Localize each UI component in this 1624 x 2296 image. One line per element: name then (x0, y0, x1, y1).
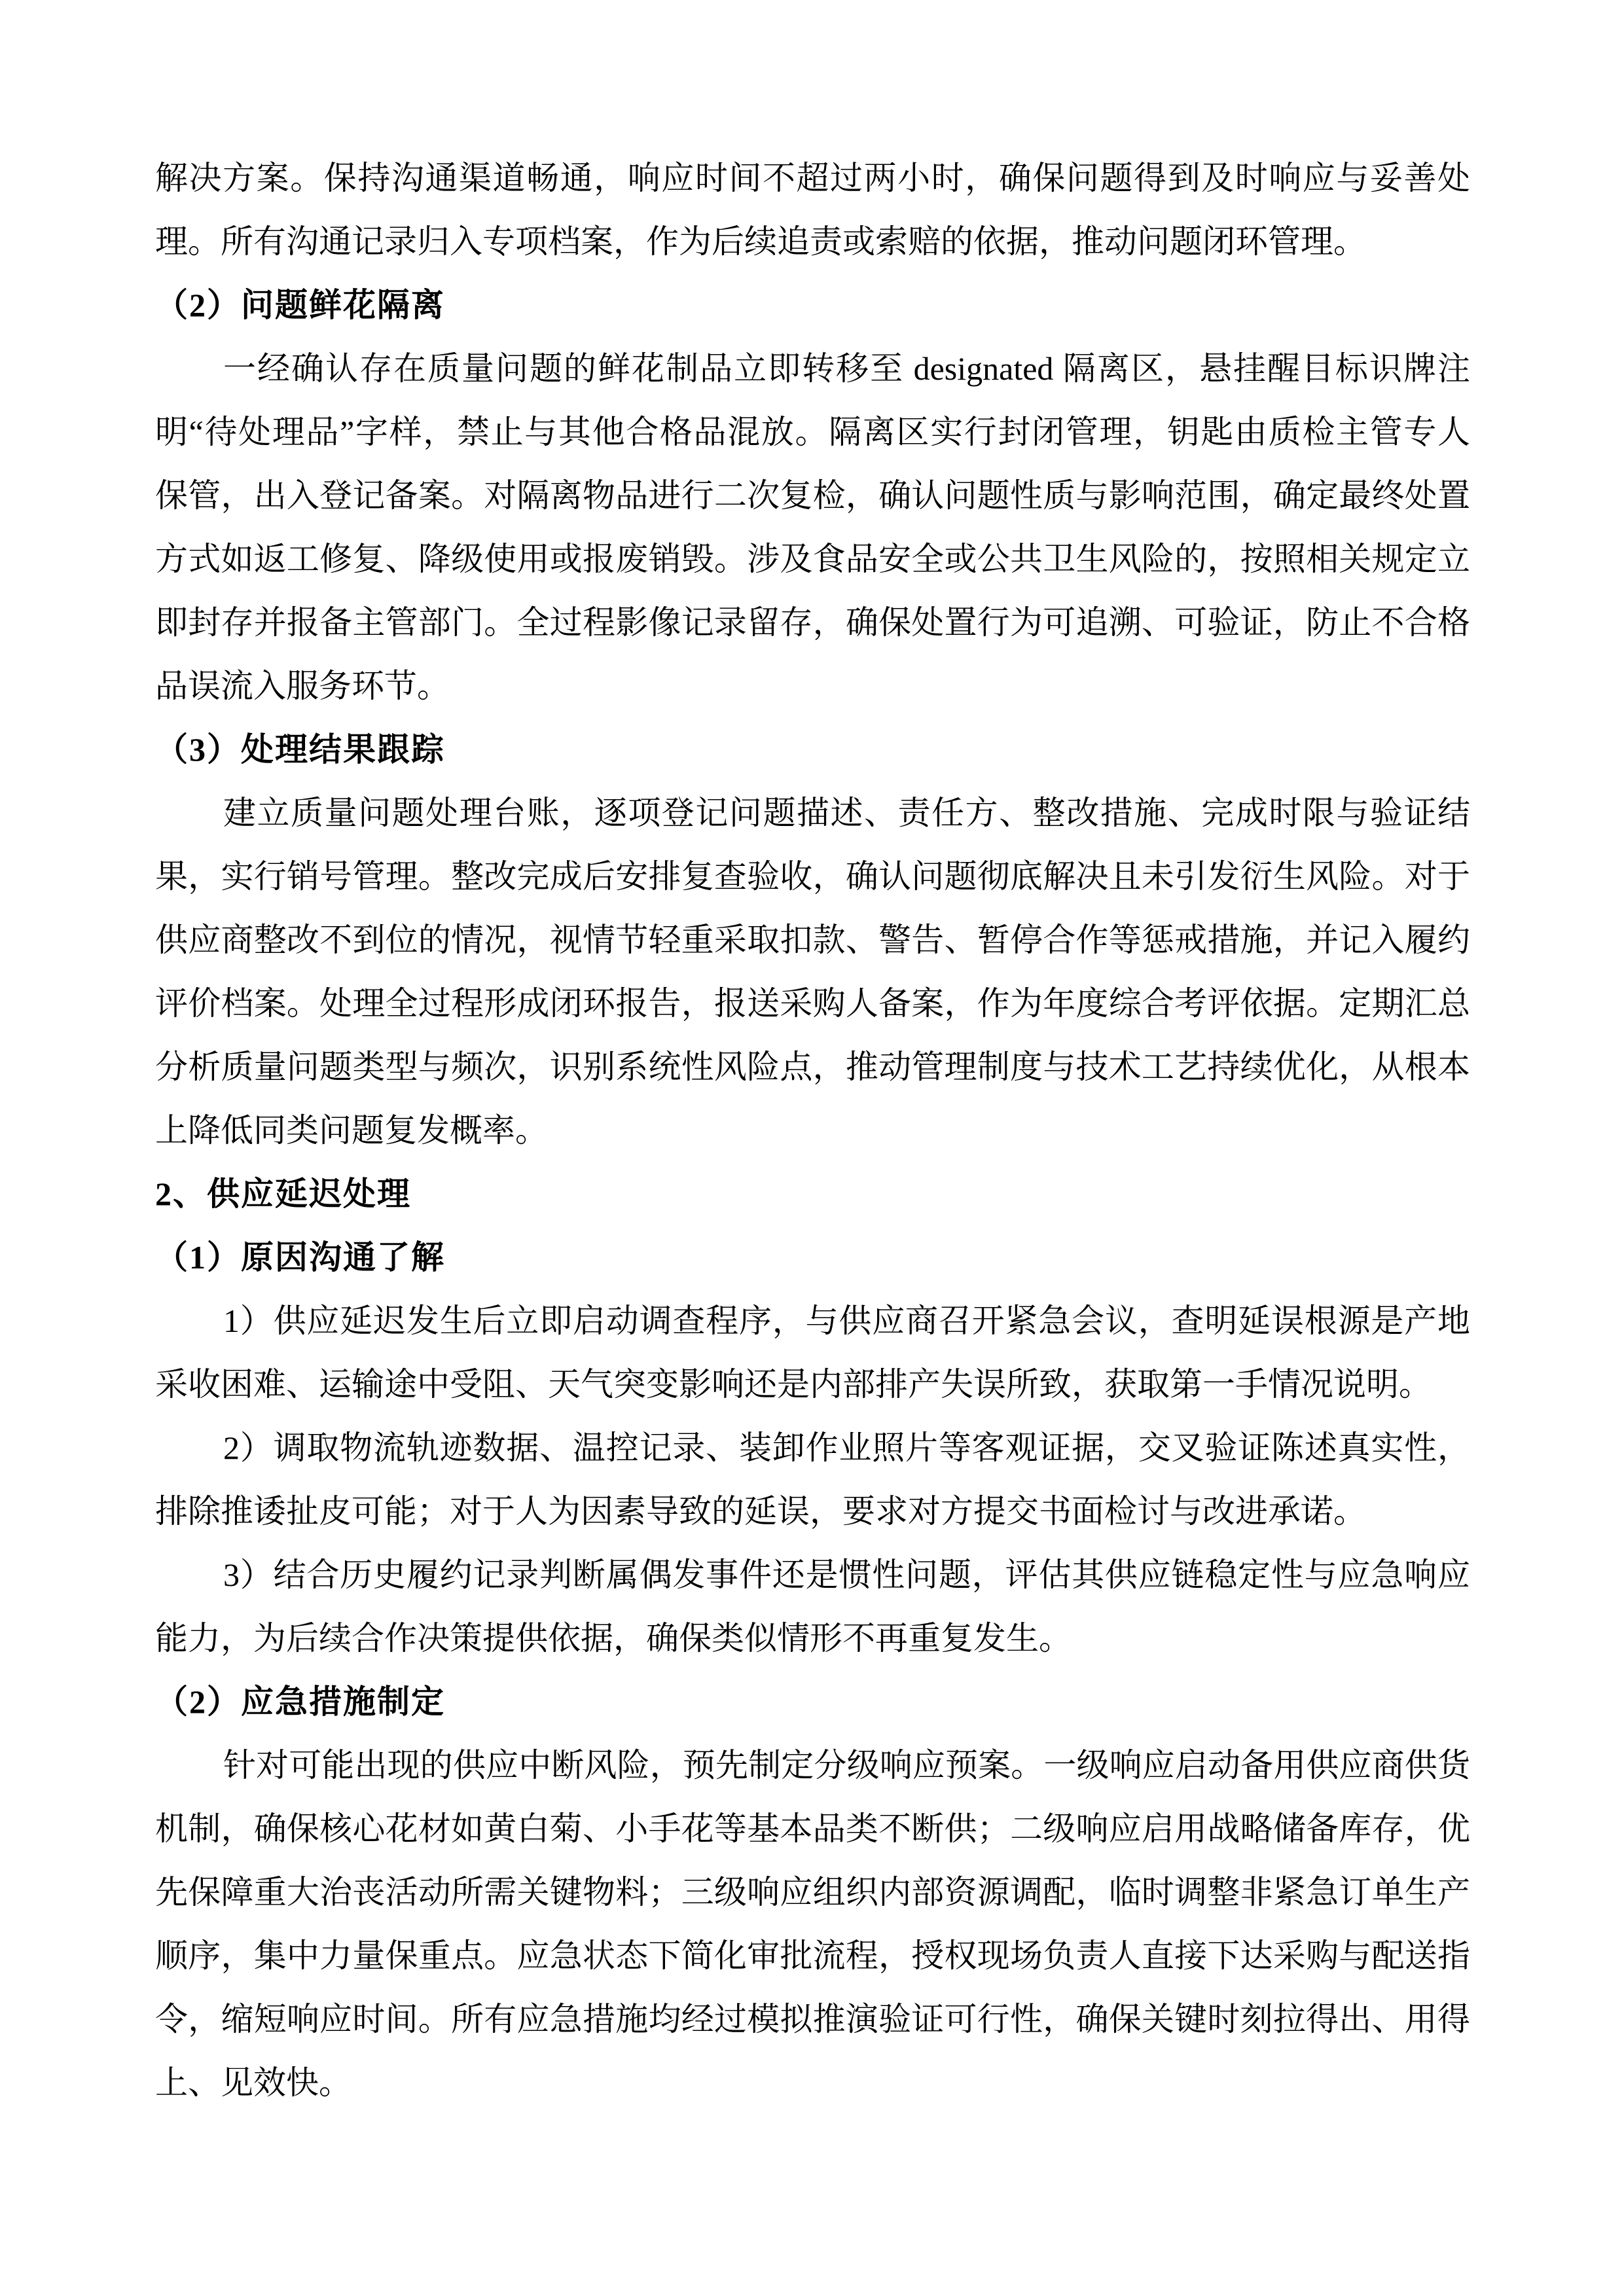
text-line: 令，缩短响应时间。所有应急措施均经过模拟推演验证可行性，确保关键时刻拉得出、用得 (155, 1988, 1470, 2051)
text-line: 上降低同类问题复发概率。 (155, 1099, 1470, 1162)
text-line: 明“待处理品”字样，禁止与其他合格品混放。隔离区实行封闭管理，钥匙由质检主管专人 (155, 401, 1470, 464)
text-line: 能力，为后续合作决策提供依据，确保类似情形不再重复发生。 (155, 1607, 1470, 1670)
text-line: 1）供应延迟发生后立即启动调查程序，与供应商召开紧急会议，查明延误根源是产地 (155, 1289, 1470, 1353)
text-line: 2）调取物流轨迹数据、温控记录、装卸作业照片等客观证据，交叉验证陈述真实性， (155, 1416, 1470, 1480)
section-heading: （2）应急措施制定 (155, 1670, 1470, 1734)
section-heading: （2）问题鲜花隔离 (155, 274, 1470, 337)
text-line: 3）结合历史履约记录判断属偶发事件还是惯性问题，评估其供应链稳定性与应急响应 (155, 1543, 1470, 1607)
text-line: 建立质量问题处理台账，逐项登记问题描述、责任方、整改措施、完成时限与验证结 (155, 781, 1470, 845)
document-page: 解决方案。保持沟通渠道畅通，响应时间不超过两小时，确保问题得到及时响应与妥善处理… (0, 0, 1624, 2296)
text-line: 针对可能出现的供应中断风险，预先制定分级响应预案。一级响应启动备用供应商供货 (155, 1734, 1470, 1797)
text-line: 方式如返工修复、降级使用或报废销毁。涉及食品安全或公共卫生风险的，按照相关规定立 (155, 528, 1470, 591)
text-line: 评价档案。处理全过程形成闭环报告，报送采购人备案，作为年度综合考评依据。定期汇总 (155, 972, 1470, 1035)
text-line: 分析质量问题类型与频次，识别系统性风险点，推动管理制度与技术工艺持续优化，从根本 (155, 1035, 1470, 1099)
section-heading: （1）原因沟通了解 (155, 1226, 1470, 1289)
text-line: 供应商整改不到位的情况，视情节轻重采取扣款、警告、暂停合作等惩戒措施，并记入履约 (155, 908, 1470, 972)
text-line: 品误流入服务环节。 (155, 655, 1470, 718)
section-heading: （3）处理结果跟踪 (155, 718, 1470, 781)
text-line: 即封存并报备主管部门。全过程影像记录留存，确保处置行为可追溯、可验证，防止不合格 (155, 591, 1470, 655)
document-body: 解决方案。保持沟通渠道畅通，响应时间不超过两小时，确保问题得到及时响应与妥善处理… (155, 147, 1470, 2115)
text-line: 果，实行销号管理。整改完成后安排复查验收，确认问题彻底解决且未引发衍生风险。对于 (155, 845, 1470, 908)
text-line: 一经确认存在质量问题的鲜花制品立即转移至 designated 隔离区，悬挂醒目… (155, 337, 1470, 401)
text-line: 机制，确保核心花材如黄白菊、小手花等基本品类不断供；二级响应启用战略储备库存，优 (155, 1797, 1470, 1861)
text-line: 理。所有沟通记录归入专项档案，作为后续追责或索赔的依据，推动问题闭环管理。 (155, 210, 1470, 274)
text-line: 采收困难、运输途中受阻、天气突变影响还是内部排产失误所致，获取第一手情况说明。 (155, 1353, 1470, 1416)
text-line: 上、见效快。 (155, 2051, 1470, 2115)
text-line: 先保障重大治丧活动所需关键物料；三级响应组织内部资源调配，临时调整非紧急订单生产 (155, 1861, 1470, 1924)
text-line: 保管，出入登记备案。对隔离物品进行二次复检，确认问题性质与影响范围，确定最终处置 (155, 464, 1470, 528)
text-line: 顺序，集中力量保重点。应急状态下简化审批流程，授权现场负责人直接下达采购与配送指 (155, 1924, 1470, 1988)
text-line: 排除推诿扯皮可能；对于人为因素导致的延误，要求对方提交书面检讨与改进承诺。 (155, 1480, 1470, 1543)
text-line: 解决方案。保持沟通渠道畅通，响应时间不超过两小时，确保问题得到及时响应与妥善处 (155, 147, 1470, 210)
section-heading: 2、供应延迟处理 (155, 1162, 1470, 1226)
